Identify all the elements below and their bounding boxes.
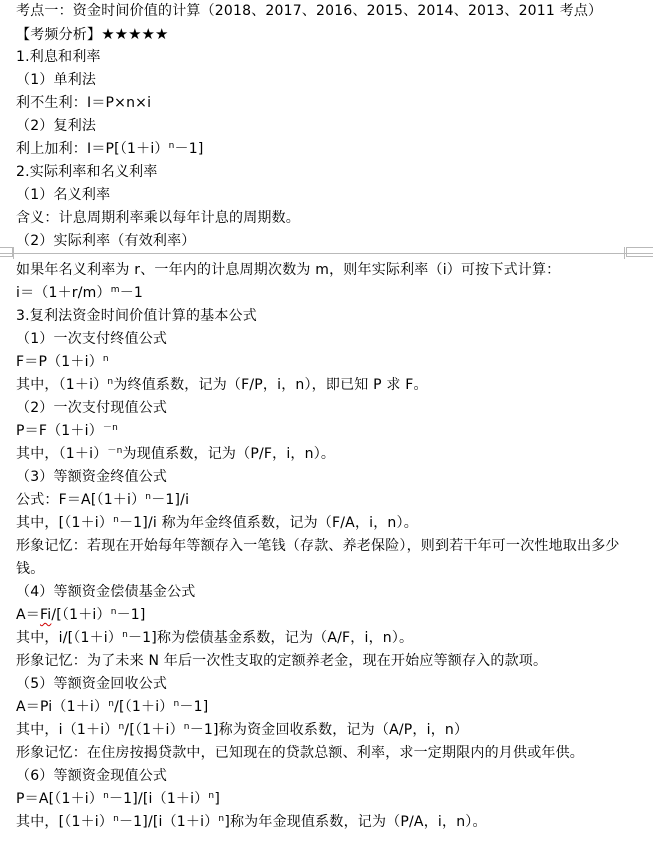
subheading-nominal-rate: （1）名义利率 bbox=[0, 184, 653, 207]
definition-text: 含义：计息周期利率乘以每年计息的周期数。 bbox=[16, 210, 300, 226]
formula-text: －1] bbox=[117, 607, 146, 623]
formula-text: A＝Pi（1＋i） bbox=[16, 699, 108, 715]
formula-compound-interest: 利上加利：I＝P[（1＋i）n－1] bbox=[0, 138, 653, 161]
subheading-annuity-fv: （3）等额资金终值公式 bbox=[0, 466, 653, 489]
memory-capital-recovery: 形象记忆：在住房按揭贷款中，已知现在的贷款总额、利率，求一定期限内的月供或年供。 bbox=[0, 742, 653, 765]
note-sinking-fund: 其中，i/[（1＋i）n－1]称为偿债基金系数，记为（A/F，i，n）。 bbox=[0, 627, 653, 650]
subheading-capital-recovery: （5）等额资金回收公式 bbox=[0, 673, 653, 696]
note-text: 其中，i/[（1＋i） bbox=[16, 630, 122, 646]
note-text: 为现值系数，记为（P/F，i，n）。 bbox=[123, 446, 336, 462]
note-single-payment-pv: 其中，（1＋i）－n为现值系数，记为（P/F，i，n）。 bbox=[0, 443, 653, 466]
subheading-text: （4）等额资金偿债基金公式 bbox=[16, 584, 196, 600]
formula-single-payment-fv: F＝P（1＋i）n bbox=[0, 351, 653, 374]
note-text: 其中，（1＋i） bbox=[16, 446, 107, 462]
formula-text: －1]/i bbox=[151, 492, 189, 508]
formula-text: P＝A[（1＋i） bbox=[16, 791, 103, 807]
formula-capital-recovery: A＝Pi（1＋i）n/[（1＋i）n－1] bbox=[0, 696, 653, 719]
subheading-single-payment-pv: （2）一次支付现值公式 bbox=[0, 397, 653, 420]
frequency-label: 【考频分析】 bbox=[16, 27, 101, 43]
page-corner-mark-right bbox=[626, 247, 653, 257]
note-text: 为终值系数，记为（F/P，i，n），即已知 P 求 F。 bbox=[113, 377, 427, 393]
heading-basic-formulas: 3.复利法资金时间价值计算的基本公式 bbox=[0, 305, 653, 328]
memory-text: 形象记忆：在住房按揭贷款中，已知现在的贷款总额、利率，求一定期限内的月供或年供。 bbox=[16, 745, 584, 761]
note-text: /[（1＋i） bbox=[124, 722, 183, 738]
heading-interest-and-rate: 1.利息和利率 bbox=[0, 46, 653, 69]
exponent: －n bbox=[107, 446, 122, 456]
formula-effective-rate: i＝（1＋r/m）m－1 bbox=[0, 282, 653, 305]
note-text: 其中，[（1＋i） bbox=[16, 515, 113, 531]
effective-rate-text: 如果年名义利率为 r、一年内的计息周期次数为 m，则年实际利率（i）可按下式计算… bbox=[0, 259, 653, 282]
note-text: －1]/[i（1＋i） bbox=[119, 814, 218, 830]
note-text: 其中，i（1＋i） bbox=[16, 722, 119, 738]
subheading-text: （1）单利法 bbox=[16, 72, 96, 88]
subheading-simple-interest: （1）单利法 bbox=[0, 69, 653, 92]
formula-text: 利上加利：I＝P[（1＋i） bbox=[16, 141, 169, 157]
note-single-payment-fv: 其中，（1＋i）n为终值系数，记为（F/P，i，n），即已知 P 求 F。 bbox=[0, 374, 653, 397]
formula-text: i＝（1＋r/m） bbox=[16, 285, 111, 301]
formula-annuity-fv: 公式：F＝A[（1＋i）n－1]/i bbox=[0, 489, 653, 512]
note-text: －1]称为资金回收系数，记为（A/P，i，n） bbox=[190, 722, 468, 738]
subheading-single-payment-fv: （1）一次支付终值公式 bbox=[0, 328, 653, 351]
heading-effective-nominal-rate: 2.实际利率和名义利率 bbox=[0, 161, 653, 184]
formula-text: －1 bbox=[120, 285, 143, 301]
spellcheck-underlined-text[interactable]: Fi bbox=[40, 607, 51, 623]
page-break-rule bbox=[0, 253, 653, 254]
heading-text: 1.利息和利率 bbox=[16, 49, 101, 65]
note-annuity-fv: 其中，[（1＋i）n－1]/i 称为年金终值系数，记为（F/A，i，n）。 bbox=[0, 512, 653, 535]
subheading-text: （3）等额资金终值公式 bbox=[16, 469, 167, 485]
page-corner-tick-right bbox=[624, 247, 625, 259]
formula-text: ] bbox=[214, 791, 220, 807]
frequency-analysis: 【考频分析】★★★★★ bbox=[0, 23, 653, 46]
formula-text: －1] bbox=[175, 141, 204, 157]
subheading-text: （6）等额资金现值公式 bbox=[16, 768, 167, 784]
formula-single-payment-pv: P＝F（1＋i）－n bbox=[0, 420, 653, 443]
title-text: 考点一：资金时间价值的计算（2018、2017、2016、2015、2014、2… bbox=[16, 3, 602, 19]
subheading-sinking-fund: （4）等额资金偿债基金公式 bbox=[0, 581, 653, 604]
subheading-text: （2）复利法 bbox=[16, 118, 96, 134]
document-page-1: 考点一：资金时间价值的计算（2018、2017、2016、2015、2014、2… bbox=[0, 0, 653, 253]
subheading-text: （1）名义利率 bbox=[16, 187, 110, 203]
memory-text: 形象记忆：为了未来 N 年后一次性支取的定额养老金，现在开始应等额存入的款项。 bbox=[16, 653, 547, 669]
formula-text: 公式：F＝A[（1＋i） bbox=[16, 492, 145, 508]
memory-text: 形象记忆：若现在开始每年等额存入一笔钱（存款、养老保险），则到若干年可一次性地取… bbox=[16, 538, 620, 577]
note-capital-recovery: 其中，i（1＋i）n/[（1＋i）n－1]称为资金回收系数，记为（A/P，i，n… bbox=[0, 719, 653, 742]
definition-nominal-rate: 含义：计息周期利率乘以每年计息的周期数。 bbox=[0, 207, 653, 230]
formula-sinking-fund: A＝Fi/[（1＋i）n－1] bbox=[0, 604, 653, 627]
subheading-text: （2）一次支付现值公式 bbox=[16, 400, 167, 416]
formula-simple-interest: 利不生利：I＝P×n×i bbox=[0, 92, 653, 115]
star-rating-icon: ★★★★★ bbox=[101, 25, 168, 43]
note-text: －1]称为偿债基金系数，记为（A/F，i，n）。 bbox=[128, 630, 413, 646]
page-corner-mark-left bbox=[0, 247, 13, 257]
note-text: 其中，（1＋i） bbox=[16, 377, 107, 393]
page-corner-tick-left bbox=[13, 247, 14, 259]
subheading-text: （5）等额资金回收公式 bbox=[16, 676, 167, 692]
formula-text: 利不生利：I＝P×n×i bbox=[16, 95, 151, 111]
formula-text: /[（1＋i） bbox=[114, 699, 173, 715]
note-text: －1]/i 称为年金终值系数，记为（F/A，i，n）。 bbox=[119, 515, 418, 531]
subheading-text: （1）一次支付终值公式 bbox=[16, 331, 167, 347]
subheading-compound-interest: （2）复利法 bbox=[0, 115, 653, 138]
heading-text: 2.实际利率和名义利率 bbox=[16, 164, 158, 180]
document-page-2: 如果年名义利率为 r、一年内的计息周期次数为 m，则年实际利率（i）可按下式计算… bbox=[0, 259, 653, 834]
formula-text: F＝P（1＋i） bbox=[16, 354, 103, 370]
heading-text: 3.复利法资金时间价值计算的基本公式 bbox=[16, 308, 257, 324]
memory-annuity-fv: 形象记忆：若现在开始每年等额存入一笔钱（存款、养老保险），则到若干年可一次性地取… bbox=[0, 535, 653, 581]
formula-text: P＝F（1＋i） bbox=[16, 423, 103, 439]
formula-text: －1]/[i（1＋i） bbox=[109, 791, 208, 807]
exponent: －n bbox=[103, 423, 118, 433]
memory-sinking-fund: 形象记忆：为了未来 N 年后一次性支取的定额养老金，现在开始应等额存入的款项。 bbox=[0, 650, 653, 673]
formula-text: A＝ bbox=[16, 607, 40, 623]
formula-text: /[（1＋i） bbox=[51, 607, 110, 623]
paragraph-text: 如果年名义利率为 r、一年内的计息周期次数为 m，则年实际利率（i）可按下式计算… bbox=[16, 262, 560, 278]
formula-text: －1] bbox=[179, 699, 208, 715]
formula-annuity-pv: P＝A[（1＋i）n－1]/[i（1＋i）n] bbox=[0, 788, 653, 811]
exponent: n bbox=[103, 354, 109, 364]
section-title: 考点一：资金时间价值的计算（2018、2017、2016、2015、2014、2… bbox=[0, 0, 653, 23]
note-text: 其中，[（1＋i） bbox=[16, 814, 113, 830]
note-annuity-pv: 其中，[（1＋i）n－1]/[i（1＋i）n]称为年金现值系数，记为（P/A，i… bbox=[0, 811, 653, 834]
subheading-annuity-pv: （6）等额资金现值公式 bbox=[0, 765, 653, 788]
page-break-divider bbox=[0, 247, 653, 259]
exponent: m bbox=[111, 285, 120, 295]
note-text: ]称为年金现值系数，记为（P/A，i，n）。 bbox=[224, 814, 486, 830]
